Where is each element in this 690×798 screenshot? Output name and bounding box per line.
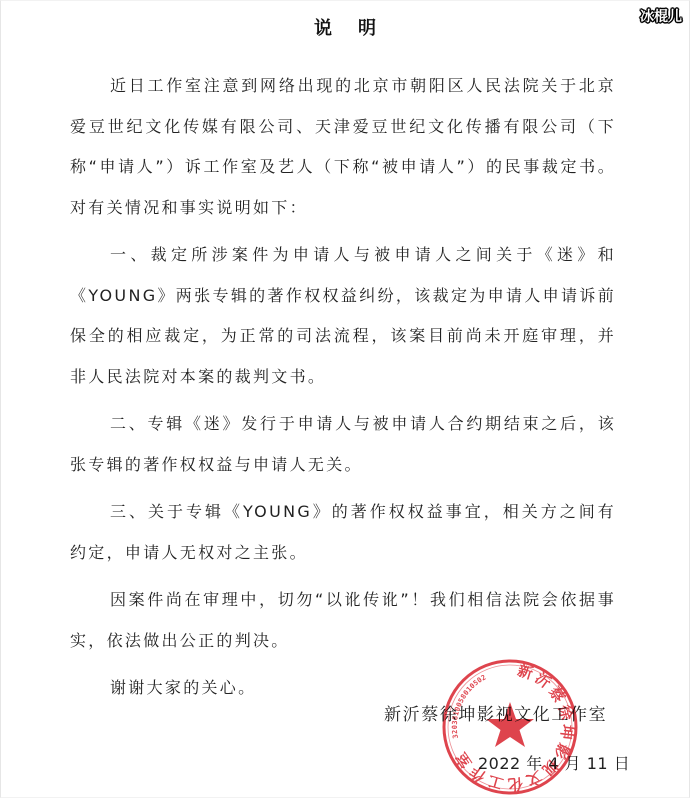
document-body: 近日工作室注意到网络出现的北京市朝阳区人民法院关于北京爱豆世纪文化传媒有限公司、…	[70, 66, 616, 716]
official-seal-icon: 3203810058010502 新沂蔡徐坤影视文化工作室	[441, 658, 579, 796]
document-title: 说明	[0, 14, 690, 40]
watermark-label: 冰棍儿	[640, 6, 682, 26]
svg-text:3203810058010502: 3203810058010502	[451, 673, 488, 739]
paragraph-point-3: 三、关于专辑《YOUNG》的著作权权益事宜，相关方之间有约定，申请人无权对之主张…	[70, 492, 616, 573]
paragraph-notice: 因案件尚在审理中，切勿“以讹传讹”！我们相信法院会依据事实，依法做出公正的判决。	[70, 580, 616, 661]
paragraph-intro: 近日工作室注意到网络出现的北京市朝阳区人民法院关于北京爱豆世纪文化传媒有限公司、…	[70, 66, 616, 228]
paragraph-point-1: 一、裁定所涉案件为申请人与被申请人之间关于《迷》和《YOUNG》两张专辑的著作权…	[70, 235, 616, 397]
seal-star-icon	[486, 702, 534, 747]
paragraph-point-2: 二、专辑《迷》发行于申请人与被申请人合约期结束之后，该张专辑的著作权权益与申请人…	[70, 404, 616, 485]
seal-code: 3203810058010502	[451, 673, 488, 739]
